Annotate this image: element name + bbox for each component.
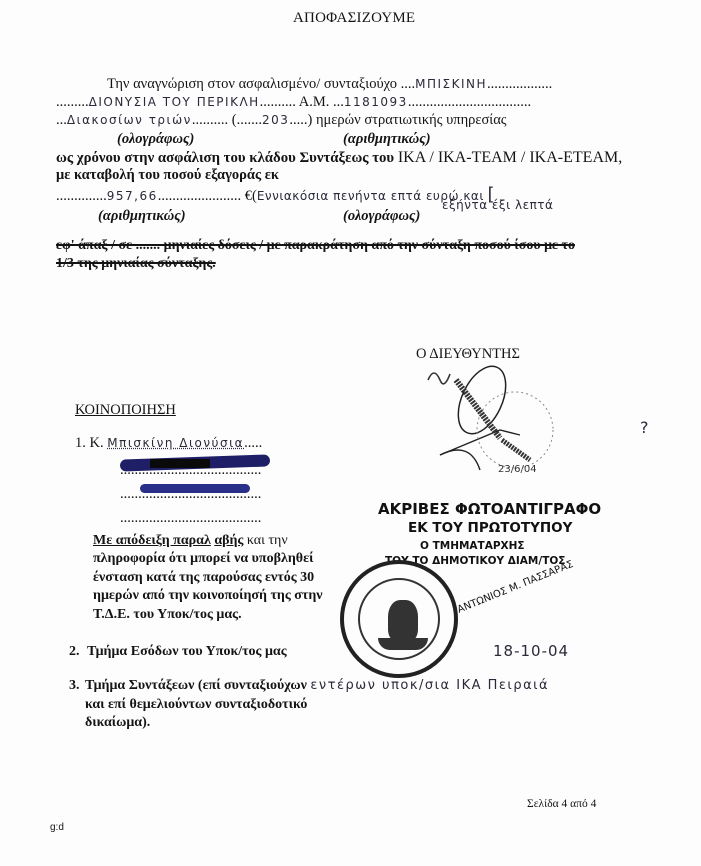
- beneficiary-name: ΔΙΟΝΥΣΙΑ ΤΟΥ ΠΕΡΙΚΛΗ: [89, 95, 260, 109]
- notification-item-2: 2. Τμήμα Εσόδων του Υποκ/τος μας: [69, 644, 287, 660]
- certified-copy-line-2: ΕΚ ΤΟΥ ΠΡΩΤΟΤΥΠΟΥ: [408, 520, 572, 536]
- notification-item-1: 1. Κ. Μπισκίνη Διονύσια.....: [75, 435, 262, 452]
- recognition-line-3: ...Διακοσίων τριών.......... (.......203…: [56, 112, 507, 129]
- document-code: g:d: [50, 822, 64, 833]
- page-title: ΑΠΟΦΑΣΙΖΟΥΜΕ: [293, 10, 415, 27]
- beneficiary-surname: ΜΠΙΣΚΙΝΗ: [415, 77, 487, 91]
- item-3-handwritten: εντέρων υποκ/σια ΙΚΑ Πειραιά: [310, 678, 549, 693]
- recognition-line-5: με καταβολή του ποσού εξαγοράς εκ: [56, 167, 279, 184]
- days-number: 203: [262, 113, 289, 127]
- margin-mark: ?: [640, 418, 650, 437]
- amount-line: ..............957,66....................…: [56, 184, 496, 205]
- certified-date: 18-10-04: [493, 642, 569, 660]
- official-name: ΑΝΤΩΝΙΟΣ Μ. ΠΑΣΣΑΡΑΣ: [456, 559, 575, 616]
- registry-number: 1181093: [344, 95, 408, 109]
- notification-item-3: 3. Τμήμα Συντάξεων (επί συνταξιούχων εντ…: [69, 677, 549, 733]
- label-words: (ολογράφως): [117, 131, 194, 148]
- recognition-line-2: .........ΔΙΟΝΥΣΙΑ ΤΟΥ ΠΕΡΙΚΛΗ.......... …: [56, 94, 531, 111]
- receipt-notice: Με απόδειξη παραλ αβής και την πληροφορί…: [93, 532, 323, 624]
- amount-numeric: 957,66: [107, 189, 158, 203]
- redaction-mark: [150, 459, 210, 468]
- notification-heading: ΚΟΙΝΟΠΟΙΗΣΗ: [75, 402, 176, 419]
- director-signature-icon: 23/6/04: [420, 360, 560, 480]
- municipal-seal-icon: [340, 560, 458, 678]
- recipient-name: Μπισκίνη Διονύσια: [107, 436, 244, 450]
- payment-option-line-1: εφ' άπαξ / σε ....... μηνιαίες δόσεις / …: [56, 238, 575, 254]
- recognition-line-1: Την αναγνώριση στον ασφαλισμένο/ συνταξι…: [107, 76, 552, 93]
- label-words-2: (ολογράφως): [343, 208, 420, 225]
- address-line-3: .......................................: [120, 510, 261, 527]
- amount-words-line-2: εξήντα έξι λεπτά: [442, 198, 553, 212]
- redaction-mark: [140, 484, 250, 493]
- page-number: Σελίδα 4 από 4: [527, 798, 596, 810]
- certified-copy-line-3: Ο ΤΜΗΜΑΤΑΡΧΗΣ: [420, 540, 525, 552]
- svg-text:23/6/04: 23/6/04: [498, 464, 537, 475]
- label-numeric: (αριθμητικώς): [343, 131, 431, 148]
- certified-copy-line-1: ΑΚΡΙΒΕΣ ΦΩΤΟΑΝΤΙΓΡΑΦΟ: [378, 500, 601, 518]
- payment-option-line-2: 1/3 της μηνιαίας σύνταξης.: [56, 256, 216, 272]
- days-in-words: Διακοσίων τριών: [67, 113, 192, 127]
- recognition-line-4: ως χρόνου στην ασφάλιση του κλάδου Συντά…: [56, 149, 622, 167]
- label-numeric-2: (αριθμητικώς): [98, 208, 186, 225]
